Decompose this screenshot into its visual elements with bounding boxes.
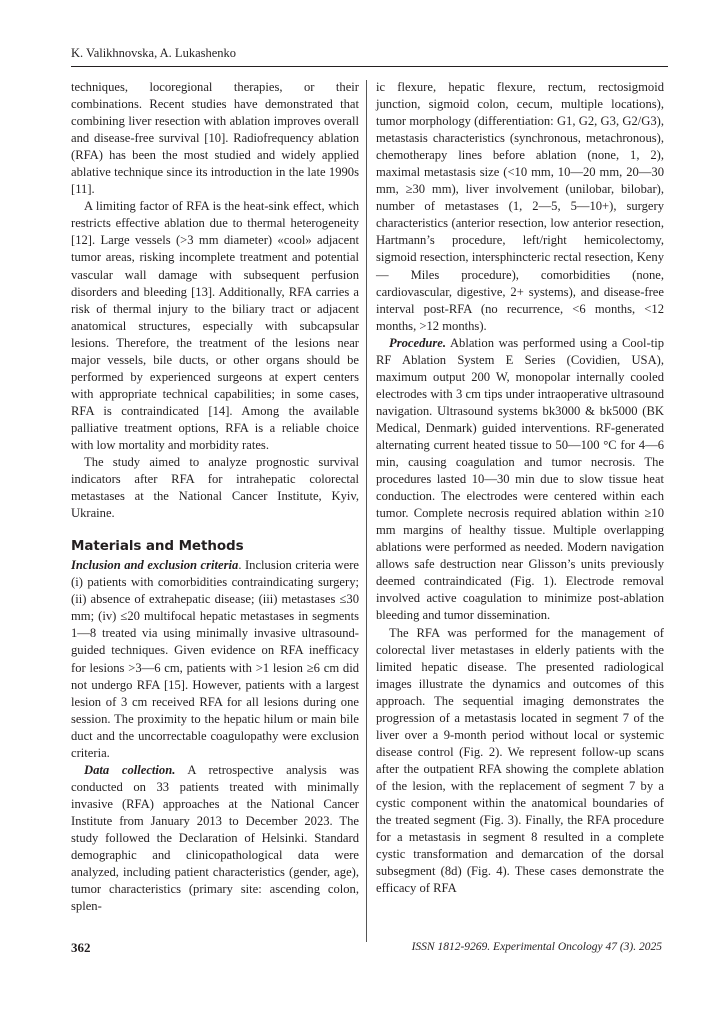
column-divider [366,80,367,942]
page-number: 362 [71,940,91,956]
paragraph-procedure-body: Ablation was performed using a Cool-tip … [376,336,664,623]
paragraph-study-aim: The study aimed to analyze prognostic su… [71,454,359,522]
right-column: ic flexure, hepatic flexure, rectum, rec… [376,79,664,897]
paragraph-data-collection: Data collection. A retrospective analysi… [71,762,359,915]
paragraph-intro-continued: techniques, locoregional therapies, or t… [71,79,359,198]
paragraph-inclusion-body: . Inclusion criteria were (i) patients w… [71,558,359,760]
journal-page: K. Valikhnovska, A. Lukashenko technique… [0,0,724,1024]
journal-citation: ISSN 1812-9269. Experimental Oncology 47… [412,941,662,953]
run-in-heading-inclusion: Inclusion and exclusion criteria [71,558,238,572]
paragraph-inclusion-criteria: Inclusion and exclusion criteria. Inclus… [71,557,359,762]
paragraph-rfa-management: The RFA was performed for the management… [376,625,664,898]
header-rule [71,66,668,67]
running-head-authors: K. Valikhnovska, A. Lukashenko [71,46,236,61]
paragraph-heat-sink: A limiting factor of RFA is the heat-sin… [71,198,359,454]
section-heading-materials-methods: Materials and Methods [71,537,359,555]
paragraph-data-collection-body: A retrospective analysis was conducted o… [71,763,359,913]
left-column: techniques, locoregional therapies, or t… [71,79,359,915]
run-in-heading-procedure: Procedure. [389,336,446,350]
run-in-heading-data-collection: Data collection. [84,763,175,777]
paragraph-procedure: Procedure. Ablation was performed using … [376,335,664,625]
paragraph-characteristics-continued: ic flexure, hepatic flexure, rectum, rec… [376,79,664,335]
